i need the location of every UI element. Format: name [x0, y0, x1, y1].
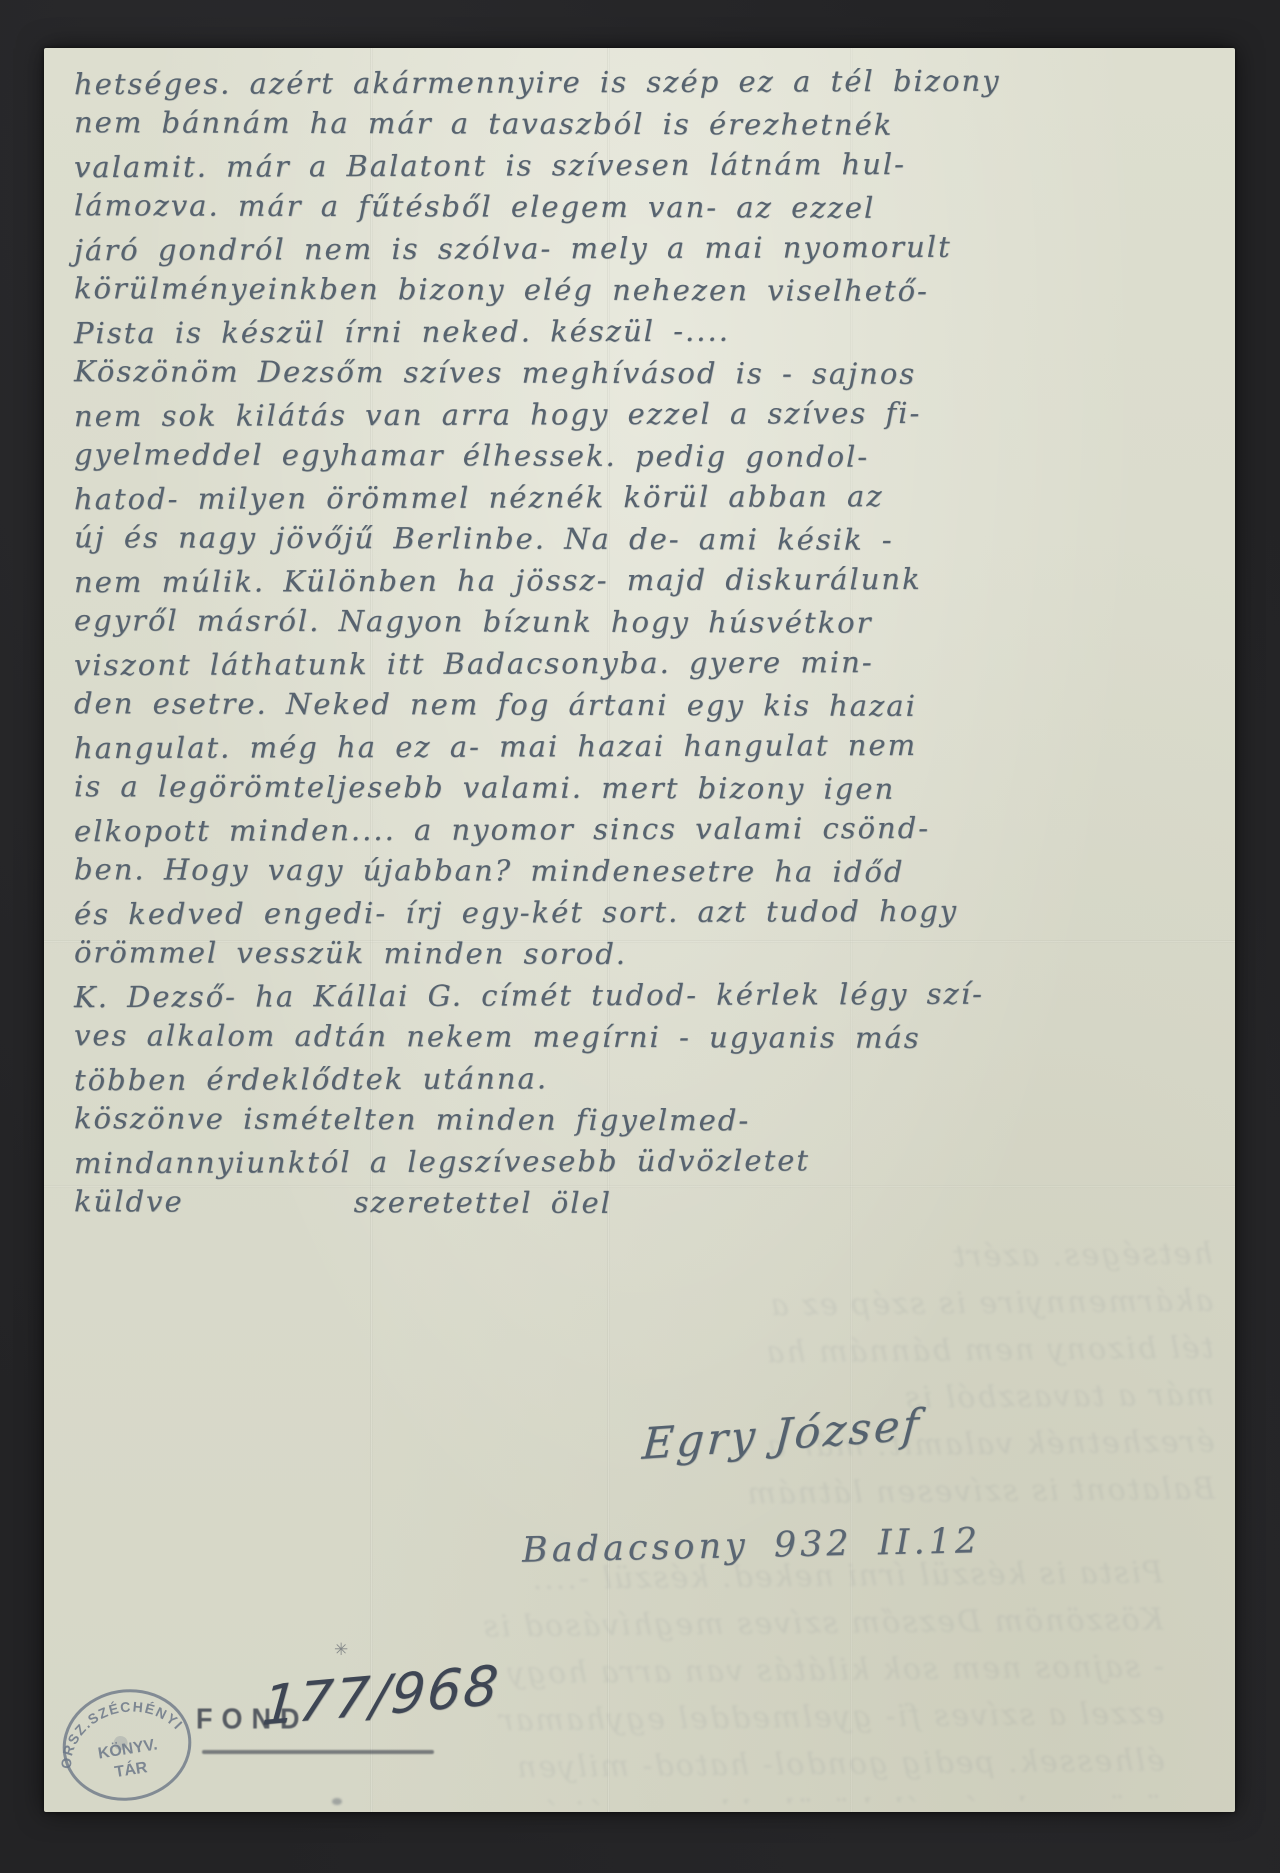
letter-line: K. Dezső- ha Kállai G. címét tudod- kérl… — [74, 973, 1213, 1019]
ink-blot — [332, 1798, 342, 1805]
signature: Egry József — [641, 1400, 923, 1470]
letter-line: többen érdeklődtek utánna. — [74, 1056, 1213, 1102]
fond-underline — [202, 1750, 434, 1754]
bleedthrough-text-2: Pista is készül írni neked. készül -....… — [463, 1549, 1166, 1806]
fond-mark: ✳ — [334, 1640, 348, 1660]
letter-line: örömmel vesszük minden sorod. — [74, 932, 1213, 977]
closing-left: küldve — [74, 1181, 184, 1223]
letter-line: Pista is készül írni neked. készül -.... — [74, 309, 1213, 355]
letter-line: Köszönöm Dezsőm szíves meghívásod is - s… — [74, 351, 1213, 396]
letter-line: hetséges. azért akármennyire is szép ez … — [74, 60, 1213, 106]
library-stamp-icon: ORSZ.SZÉCHÉNYI KÖNYV. TÁR — [45, 1671, 209, 1818]
dateline: Badacsony 932 II.12 — [522, 1521, 982, 1571]
letter-line: viszont láthatunk itt Badacsonyba. gyere… — [74, 641, 1213, 687]
letter-line: ves alkalom adtán nekem megírni - ugyani… — [74, 1015, 1213, 1060]
letter-line: nem múlik. Különben ha jössz- majd disku… — [74, 558, 1213, 604]
letter-body: hetséges. azért akármennyire is szép ez … — [74, 62, 1213, 1224]
letter-line: mindannyiunktól a legszívesebb üdvözlete… — [74, 1139, 1213, 1185]
scan-background: { "letter": { "lines": [ "hetséges. azér… — [0, 0, 1280, 1873]
letter-lines: hetséges. azért akármennyire is szép ez … — [74, 62, 1213, 1183]
letter-line: lámozva. már a fűtésből elegem van- az e… — [74, 185, 1213, 230]
letter-line: egyről másról. Nagyon bízunk hogy húsvét… — [74, 600, 1213, 645]
letter-paper: hetséges. azért akármennyire is szép ez … — [44, 48, 1235, 1812]
bleedthrough-text-1: hetséges. azért akármennyire is szép ez … — [742, 1231, 1215, 1526]
fond-number: 177/968 — [260, 1653, 503, 1738]
letter-line: is a legörömteljesebb valami. mert bizon… — [74, 766, 1213, 811]
stamp-bottom-text: TÁR — [113, 1757, 149, 1781]
letter-line: valamit. már a Balatont is szívesen látn… — [74, 143, 1213, 189]
letter-line: köszönve ismételten minden figyelmed- — [74, 1098, 1213, 1143]
letter-line: gyelmeddel egyhamar élhessek. pedig gond… — [74, 434, 1213, 479]
letter-line: ben. Hogy vagy újabban? mindenesetre ha … — [74, 849, 1213, 894]
stamp-middle-text: KÖNYV. — [96, 1734, 158, 1762]
letter-line: körülményeinkben bizony elég nehezen vis… — [74, 268, 1213, 313]
letter-line: új és nagy jövőjű Berlinbe. Na de- ami k… — [74, 517, 1213, 562]
letter-line: és kedved engedi- írj egy-két sort. azt … — [74, 890, 1213, 936]
letter-line: járó gondról nem is szólva- mely a mai n… — [74, 226, 1213, 272]
letter-line: hangulat. még ha ez a- mai hazai hangula… — [74, 724, 1213, 770]
letter-line: nem sok kilátás van arra hogy ezzel a sz… — [74, 392, 1213, 438]
letter-line: den esetre. Neked nem fog ártani egy kis… — [74, 683, 1213, 728]
closing-row: küldve szeretettel ölel — [74, 1181, 1213, 1226]
letter-line: nem bánnám ha már a tavaszból is érezhet… — [74, 102, 1213, 147]
letter-line: elkopott minden.... a nyomor sincs valam… — [74, 807, 1213, 853]
closing-gap — [184, 1211, 354, 1212]
letter-line: hatod- milyen örömmel néznék körül abban… — [74, 475, 1213, 521]
closing-right: szeretettel ölel — [354, 1182, 612, 1224]
